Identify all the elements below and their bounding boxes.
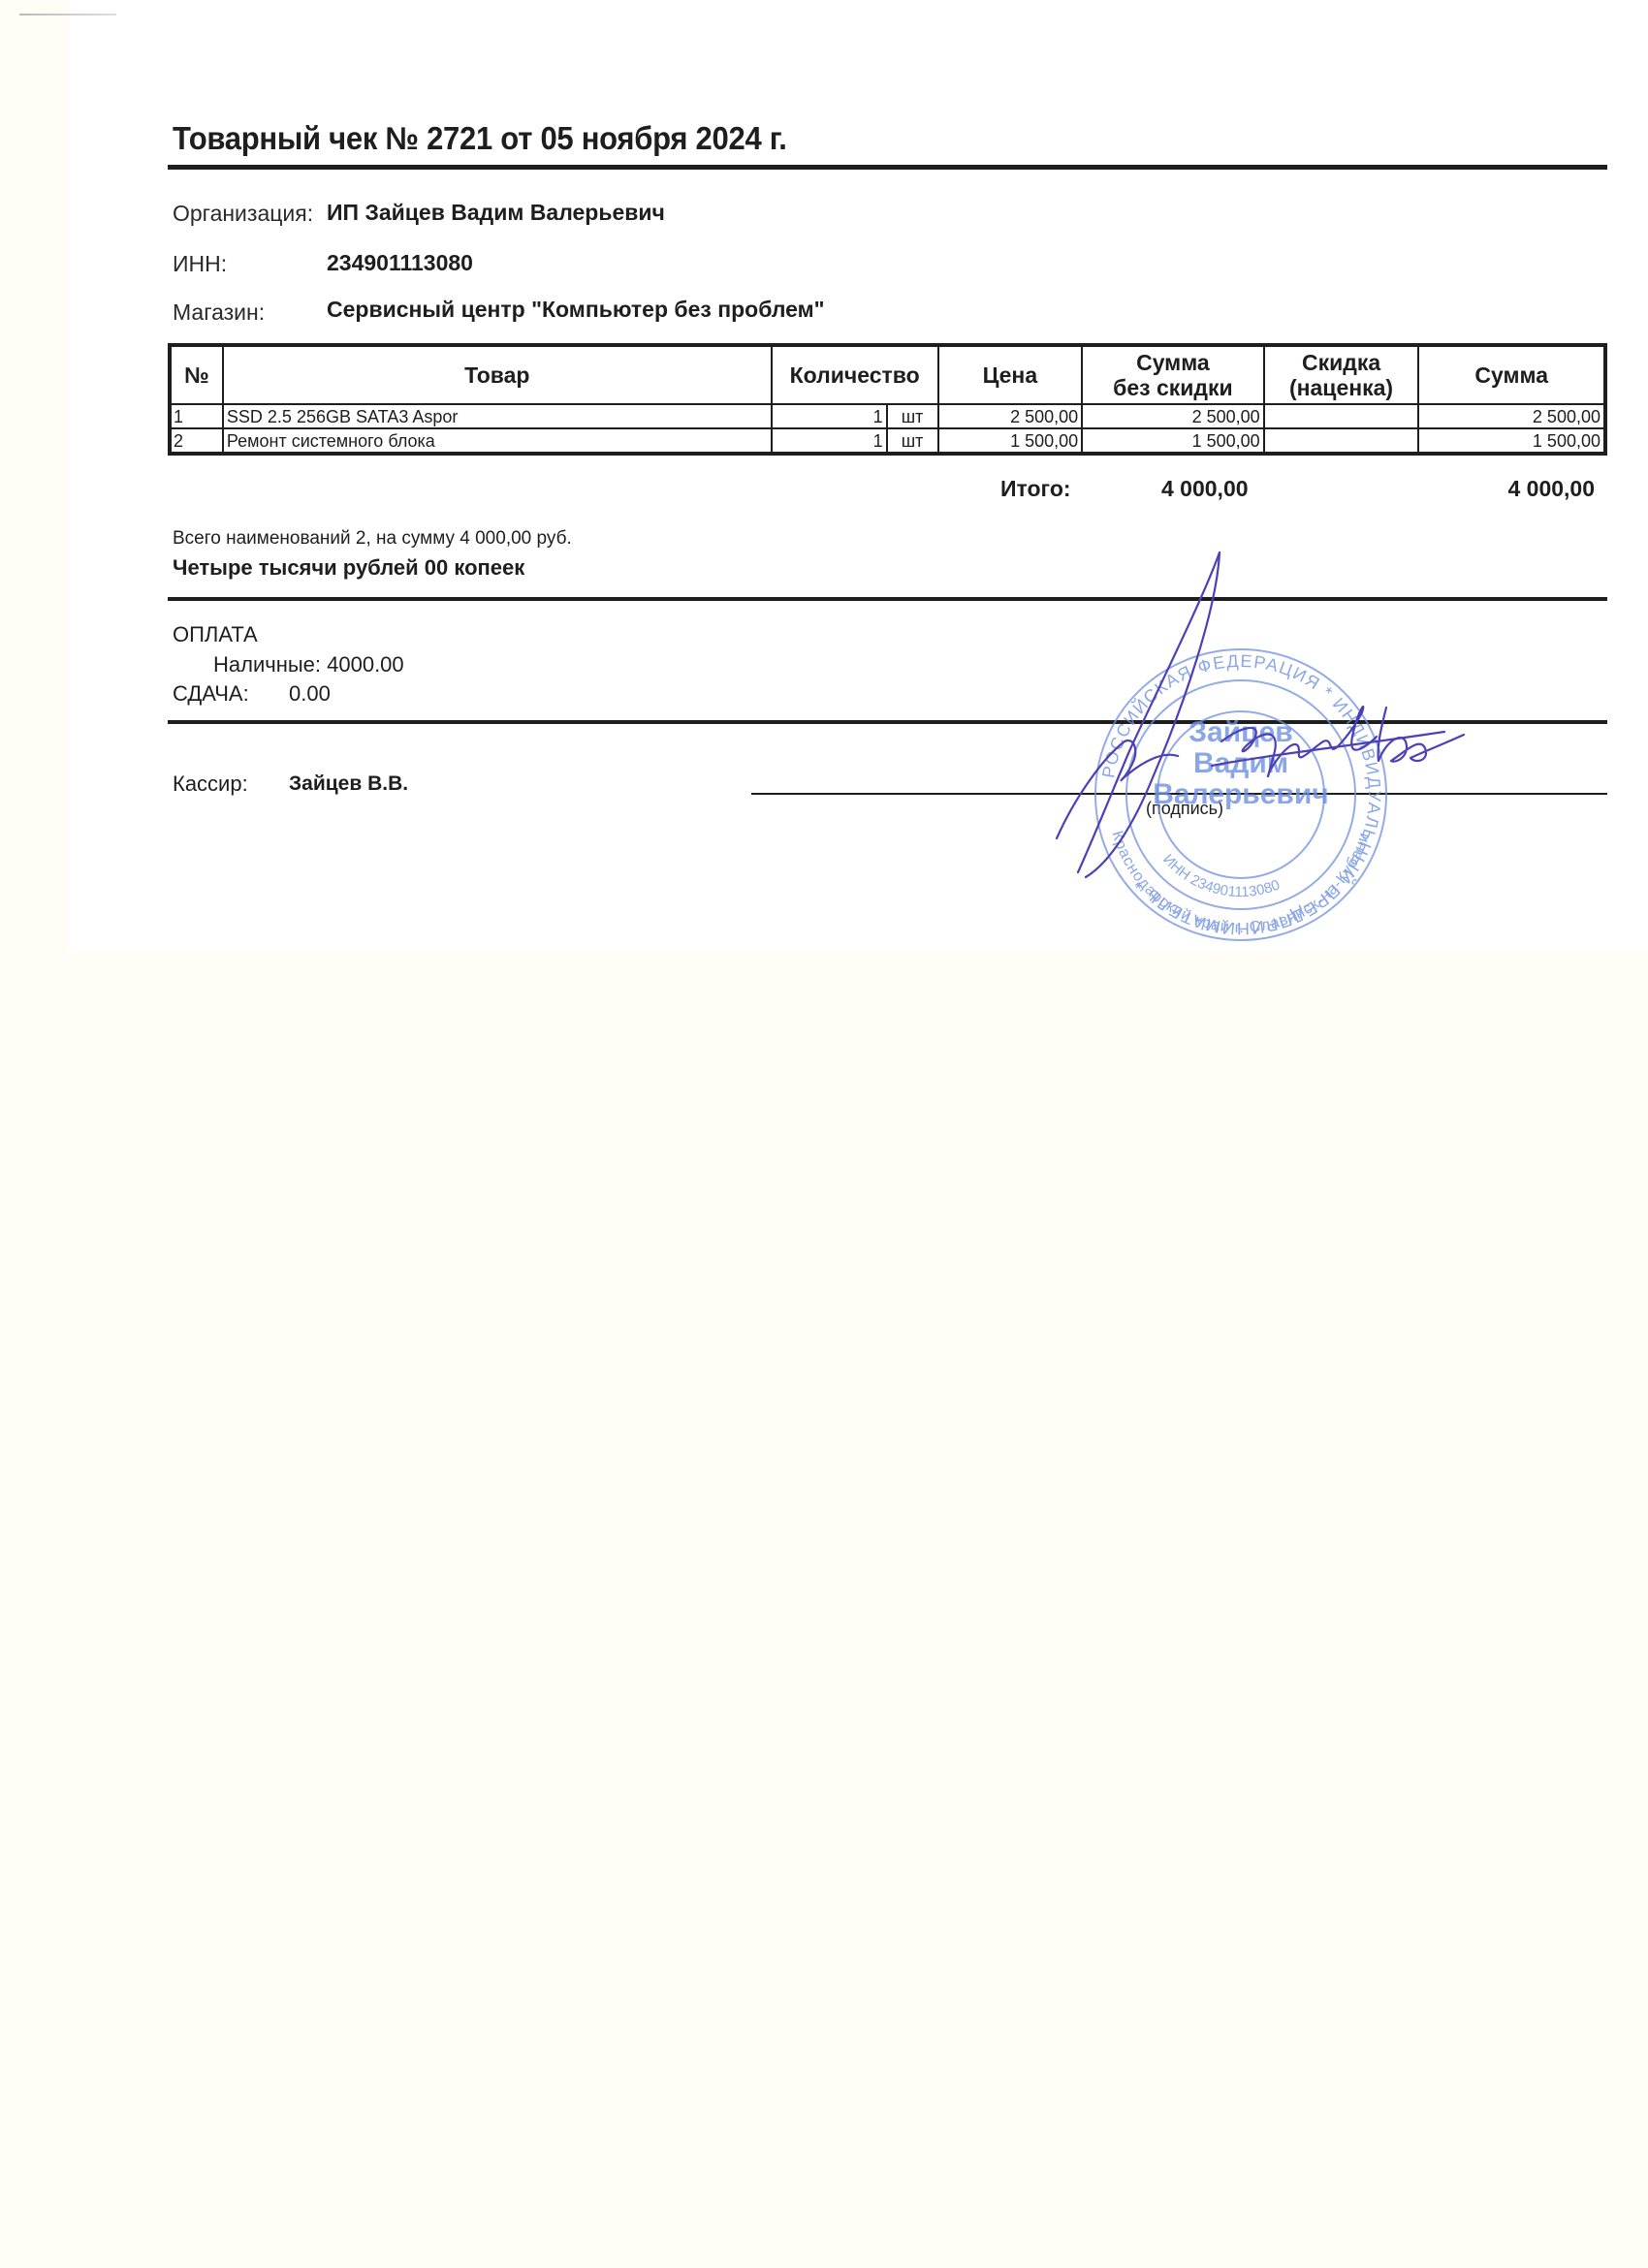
header-price: Цена bbox=[938, 345, 1083, 404]
totals-sum: 4 000,00 bbox=[1507, 476, 1595, 502]
table-row: 1 SSD 2.5 256GB SATA3 Aspor 1 шт 2 500,0… bbox=[170, 404, 1605, 428]
header-discount: Скидка (наценка) bbox=[1264, 345, 1419, 404]
organization-label: Организация: bbox=[173, 201, 313, 227]
change-value: 0.00 bbox=[289, 681, 331, 707]
cell-unit: шт bbox=[887, 428, 938, 454]
cell-sum-no-discount: 2 500,00 bbox=[1082, 404, 1264, 428]
signature-caption: (подпись) bbox=[1146, 799, 1223, 819]
header-sum-no-discount-line1: Сумма bbox=[1087, 350, 1259, 375]
cashier-name: Зайцев В.В. bbox=[289, 772, 408, 796]
signature-line bbox=[751, 793, 1607, 795]
cell-sum: 1 500,00 bbox=[1418, 428, 1605, 454]
cell-discount bbox=[1264, 428, 1419, 454]
items-table: № Товар Количество Цена Сумма без скидки… bbox=[168, 343, 1607, 456]
page-title: Товарный чек № 2721 от 05 ноября 2024 г. bbox=[173, 120, 787, 157]
header-qty: Количество bbox=[772, 345, 938, 404]
scan-artifact bbox=[19, 14, 116, 16]
change-label: СДАЧА: bbox=[173, 681, 249, 707]
cell-discount bbox=[1264, 404, 1419, 428]
header-item: Товар bbox=[223, 345, 772, 404]
cell-no: 2 bbox=[170, 428, 223, 454]
header-no: № bbox=[170, 345, 223, 404]
cell-price: 2 500,00 bbox=[938, 404, 1083, 428]
title-divider bbox=[168, 165, 1607, 170]
cell-price: 1 500,00 bbox=[938, 428, 1083, 454]
summary-count-line: Всего наименований 2, на сумму 4 000,00 … bbox=[173, 528, 572, 550]
cell-qty: 1 bbox=[772, 404, 887, 428]
payment-heading: ОПЛАТА bbox=[173, 622, 258, 647]
header-discount-line1: Скидка bbox=[1269, 350, 1414, 375]
organization-value: ИП Зайцев Вадим Валерьевич bbox=[327, 200, 665, 226]
header-sum-no-discount-line2: без скидки bbox=[1087, 375, 1259, 400]
cell-item: SSD 2.5 256GB SATA3 Aspor bbox=[223, 404, 772, 428]
cell-unit: шт bbox=[887, 404, 938, 428]
totals-label: Итого: bbox=[1000, 476, 1071, 502]
summary-divider bbox=[168, 597, 1607, 601]
cell-qty: 1 bbox=[772, 428, 887, 454]
totals-sum-no-discount: 4 000,00 bbox=[1161, 476, 1249, 502]
cell-item: Ремонт системного блока bbox=[223, 428, 772, 454]
shop-value: Сервисный центр "Компьютер без проблем" bbox=[327, 297, 825, 323]
header-discount-line2: (наценка) bbox=[1269, 375, 1414, 400]
payment-cash-line: Наличные: 4000.00 bbox=[213, 652, 404, 677]
header-sum: Сумма bbox=[1418, 345, 1605, 404]
cell-sum: 2 500,00 bbox=[1418, 404, 1605, 428]
inn-value: 234901113080 bbox=[327, 250, 473, 276]
summary-amount-words: Четыре тысячи рублей 00 копеек bbox=[173, 555, 524, 581]
table-header-row: № Товар Количество Цена Сумма без скидки… bbox=[170, 345, 1605, 404]
cashier-label: Кассир: bbox=[173, 772, 248, 797]
table-row: 2 Ремонт системного блока 1 шт 1 500,00 … bbox=[170, 428, 1605, 454]
cell-sum-no-discount: 1 500,00 bbox=[1082, 428, 1264, 454]
payment-divider bbox=[168, 720, 1607, 724]
shop-label: Магазин: bbox=[173, 299, 265, 326]
header-sum-no-discount: Сумма без скидки bbox=[1082, 345, 1264, 404]
cell-no: 1 bbox=[170, 404, 223, 428]
inn-label: ИНН: bbox=[173, 251, 227, 277]
